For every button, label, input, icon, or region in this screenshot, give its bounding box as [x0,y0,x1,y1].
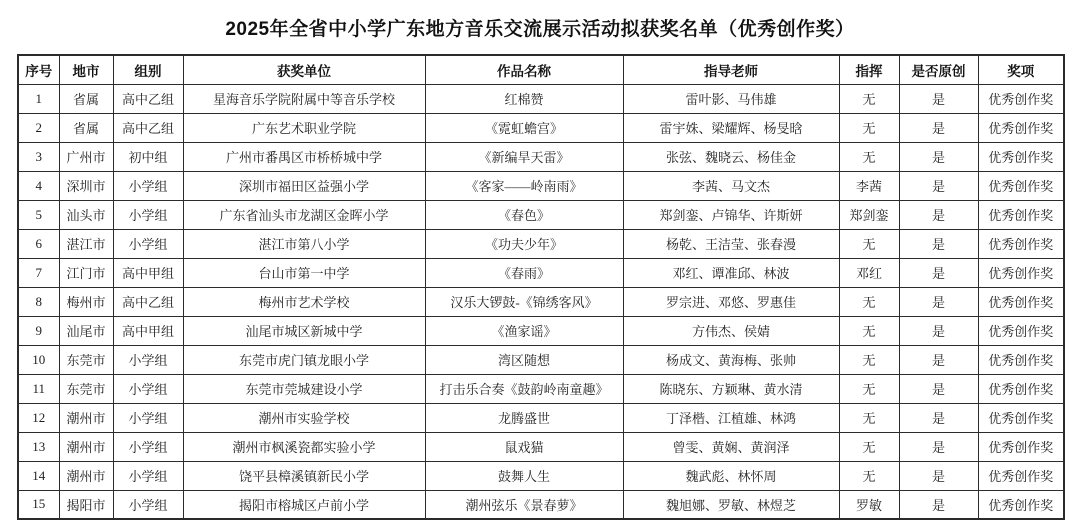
table-cell: 是 [899,374,978,403]
table-cell: 无 [839,432,899,461]
table-cell: 2 [18,113,59,142]
table-cell: 13 [18,432,59,461]
table-cell: 郑剑銮、卢锦华、许斯妍 [623,200,839,229]
table-cell: 魏旭娜、罗敏、林煜芝 [623,490,839,519]
table-cell: 优秀创作奖 [978,316,1064,345]
table-cell: 台山市第一中学 [183,258,425,287]
table-cell: 《功夫少年》 [425,229,623,258]
table-cell: 方伟杰、侯婧 [623,316,839,345]
table-cell: 是 [899,200,978,229]
table-cell: 无 [839,287,899,316]
table-cell: 4 [18,171,59,200]
table-cell: 无 [839,403,899,432]
table-cell: 高中乙组 [113,113,183,142]
table-cell: 汕头市 [59,200,113,229]
table-cell: 东莞市虎门镇龙眼小学 [183,345,425,374]
table-cell: 初中组 [113,142,183,171]
column-header: 作品名称 [425,55,623,84]
column-header: 是否原创 [899,55,978,84]
table-cell: 高中甲组 [113,316,183,345]
table-row: 13潮州市小学组潮州市枫溪瓷都实验小学鼠戏猫曾雯、黄娴、黄润泽无是优秀创作奖 [18,432,1064,461]
table-cell: 优秀创作奖 [978,345,1064,374]
page-title: 2025年全省中小学广东地方音乐交流展示活动拟获奖名单（优秀创作奖） [17,14,1063,41]
table-cell: 《春色》 [425,200,623,229]
table-cell: 《客家——岭南雨》 [425,171,623,200]
table-cell: 15 [18,490,59,519]
table-cell: 小学组 [113,461,183,490]
table-cell: 罗宗进、邓悠、罗惠佳 [623,287,839,316]
table-cell: 湛江市第八小学 [183,229,425,258]
table-cell: 广东艺术职业学院 [183,113,425,142]
table-cell: 东莞市莞城建设小学 [183,374,425,403]
table-cell: 是 [899,258,978,287]
table-cell: 潮州弦乐《景春萝》 [425,490,623,519]
table-row: 15揭阳市小学组揭阳市榕城区卢前小学潮州弦乐《景春萝》魏旭娜、罗敏、林煜芝罗敏是… [18,490,1064,519]
table-cell: 无 [839,142,899,171]
table-cell: 无 [839,374,899,403]
table-cell: 是 [899,432,978,461]
table-cell: 小学组 [113,171,183,200]
table-cell: 小学组 [113,490,183,519]
table-cell: 《春雨》 [425,258,623,287]
table-cell: 汉乐大锣鼓-《锦绣客风》 [425,287,623,316]
table-cell: 汕尾市城区新城中学 [183,316,425,345]
table-cell: 梅州市 [59,287,113,316]
table-cell: 6 [18,229,59,258]
table-cell: 潮州市 [59,403,113,432]
table-cell: 潮州市 [59,461,113,490]
table-cell: 揭阳市 [59,490,113,519]
table-cell: 8 [18,287,59,316]
table-cell: 无 [839,345,899,374]
table-cell: 张弦、魏晓云、杨佳金 [623,142,839,171]
column-header: 获奖单位 [183,55,425,84]
table-cell: 小学组 [113,200,183,229]
table-cell: 潮州市 [59,432,113,461]
table-cell: 广东省汕头市龙湖区金晖小学 [183,200,425,229]
table-cell: 3 [18,142,59,171]
table-cell: 优秀创作奖 [978,113,1064,142]
table-row: 12潮州市小学组潮州市实验学校龙腾盛世丁泽楷、江植雄、林鸿无是优秀创作奖 [18,403,1064,432]
table-cell: 高中甲组 [113,258,183,287]
table-cell: 潮州市实验学校 [183,403,425,432]
table-cell: 揭阳市榕城区卢前小学 [183,490,425,519]
table-cell: 优秀创作奖 [978,258,1064,287]
table-row: 8梅州市高中乙组梅州市艺术学校汉乐大锣鼓-《锦绣客风》罗宗进、邓悠、罗惠佳无是优… [18,287,1064,316]
table-cell: 杨乾、王洁莹、张春漫 [623,229,839,258]
table-cell: 优秀创作奖 [978,229,1064,258]
table-cell: 小学组 [113,432,183,461]
table-cell: 鼠戏猫 [425,432,623,461]
table-row: 5汕头市小学组广东省汕头市龙湖区金晖小学《春色》郑剑銮、卢锦华、许斯妍郑剑銮是优… [18,200,1064,229]
table-cell: 是 [899,171,978,200]
table-cell: 深圳市 [59,171,113,200]
table-cell: 无 [839,113,899,142]
table-cell: 杨成文、黄海梅、张帅 [623,345,839,374]
table-cell: 省属 [59,113,113,142]
table-cell: 小学组 [113,229,183,258]
table-cell: 高中乙组 [113,287,183,316]
column-header: 奖项 [978,55,1064,84]
table-header-row: 序号地市组别获奖单位作品名称指导老师指挥是否原创奖项 [18,55,1064,84]
table-cell: 星海音乐学院附属中等音乐学校 [183,84,425,113]
table-cell: 梅州市艺术学校 [183,287,425,316]
table-cell: 10 [18,345,59,374]
table-cell: 是 [899,142,978,171]
table-cell: 是 [899,113,978,142]
table-cell: 是 [899,490,978,519]
column-header: 序号 [18,55,59,84]
table-cell: 广州市 [59,142,113,171]
document-page: 2025年全省中小学广东地方音乐交流展示活动拟获奖名单（优秀创作奖） 序号地市组… [0,0,1080,524]
table-cell: 无 [839,84,899,113]
table-cell: 无 [839,229,899,258]
table-cell: 李茜、马文杰 [623,171,839,200]
table-row: 6湛江市小学组湛江市第八小学《功夫少年》杨乾、王洁莹、张春漫无是优秀创作奖 [18,229,1064,258]
table-cell: 饶平县樟溪镇新民小学 [183,461,425,490]
table-cell: 优秀创作奖 [978,142,1064,171]
table-cell: 7 [18,258,59,287]
column-header: 地市 [59,55,113,84]
table-cell: 丁泽楷、江植雄、林鸿 [623,403,839,432]
table-cell: 深圳市福田区益强小学 [183,171,425,200]
table-row: 7江门市高中甲组台山市第一中学《春雨》邓红、谭准邱、林波邓红是优秀创作奖 [18,258,1064,287]
table-cell: 优秀创作奖 [978,171,1064,200]
table-row: 9汕尾市高中甲组汕尾市城区新城中学《渔家谣》方伟杰、侯婧无是优秀创作奖 [18,316,1064,345]
table-cell: 1 [18,84,59,113]
table-row: 2省属高中乙组广东艺术职业学院《霓虹蟾宫》雷宇姝、梁耀辉、杨旻晗无是优秀创作奖 [18,113,1064,142]
column-header: 指导老师 [623,55,839,84]
column-header: 指挥 [839,55,899,84]
table-cell: 湛江市 [59,229,113,258]
table-cell: 汕尾市 [59,316,113,345]
table-cell: 是 [899,345,978,374]
table-row: 11东莞市小学组东莞市莞城建设小学打击乐合奏《鼓韵岭南童趣》陈晓东、方颖琳、黄水… [18,374,1064,403]
table-cell: 是 [899,287,978,316]
table-cell: 魏武彪、林怀周 [623,461,839,490]
table-cell: 高中乙组 [113,84,183,113]
award-table: 序号地市组别获奖单位作品名称指导老师指挥是否原创奖项 1省属高中乙组星海音乐学院… [17,54,1065,520]
table-cell: 邓红 [839,258,899,287]
table-cell: 优秀创作奖 [978,374,1064,403]
table-cell: 小学组 [113,403,183,432]
table-cell: 优秀创作奖 [978,432,1064,461]
table-cell: 湾区随想 [425,345,623,374]
table-cell: 陈晓东、方颖琳、黄水清 [623,374,839,403]
table-row: 4深圳市小学组深圳市福田区益强小学《客家——岭南雨》李茜、马文杰李茜是优秀创作奖 [18,171,1064,200]
table-cell: 东莞市 [59,345,113,374]
table-cell: 雷叶影、马伟雄 [623,84,839,113]
column-header: 组别 [113,55,183,84]
table-cell: 小学组 [113,374,183,403]
table-row: 1省属高中乙组星海音乐学院附属中等音乐学校红棉赞雷叶影、马伟雄无是优秀创作奖 [18,84,1064,113]
table-cell: 是 [899,316,978,345]
table-cell: 郑剑銮 [839,200,899,229]
table-body: 1省属高中乙组星海音乐学院附属中等音乐学校红棉赞雷叶影、马伟雄无是优秀创作奖2省… [18,84,1064,519]
table-cell: 东莞市 [59,374,113,403]
table-cell: 鼓舞人生 [425,461,623,490]
table-cell: 潮州市枫溪瓷都实验小学 [183,432,425,461]
table-cell: 优秀创作奖 [978,403,1064,432]
table-cell: 是 [899,403,978,432]
table-row: 10东莞市小学组东莞市虎门镇龙眼小学湾区随想杨成文、黄海梅、张帅无是优秀创作奖 [18,345,1064,374]
table-row: 14潮州市小学组饶平县樟溪镇新民小学鼓舞人生魏武彪、林怀周无是优秀创作奖 [18,461,1064,490]
table-cell: 是 [899,229,978,258]
table-cell: 优秀创作奖 [978,200,1064,229]
table-cell: 优秀创作奖 [978,461,1064,490]
table-cell: 罗敏 [839,490,899,519]
table-cell: 是 [899,84,978,113]
table-cell: 小学组 [113,345,183,374]
table-cell: 江门市 [59,258,113,287]
table-cell: 省属 [59,84,113,113]
table-cell: 5 [18,200,59,229]
table-cell: 9 [18,316,59,345]
table-cell: 《霓虹蟾宫》 [425,113,623,142]
table-cell: 无 [839,316,899,345]
table-cell: 打击乐合奏《鼓韵岭南童趣》 [425,374,623,403]
table-cell: 曾雯、黄娴、黄润泽 [623,432,839,461]
table-cell: 无 [839,461,899,490]
table-cell: 是 [899,461,978,490]
table-cell: 14 [18,461,59,490]
table-cell: 《新编旱天雷》 [425,142,623,171]
table-cell: 雷宇姝、梁耀辉、杨旻晗 [623,113,839,142]
table-cell: 李茜 [839,171,899,200]
table-cell: 优秀创作奖 [978,490,1064,519]
table-cell: 广州市番禺区市桥桥城中学 [183,142,425,171]
table-row: 3广州市初中组广州市番禺区市桥桥城中学《新编旱天雷》张弦、魏晓云、杨佳金无是优秀… [18,142,1064,171]
table-cell: 12 [18,403,59,432]
table-cell: 龙腾盛世 [425,403,623,432]
table-cell: 《渔家谣》 [425,316,623,345]
table-cell: 红棉赞 [425,84,623,113]
table-cell: 邓红、谭准邱、林波 [623,258,839,287]
table-cell: 优秀创作奖 [978,287,1064,316]
table-cell: 11 [18,374,59,403]
table-cell: 优秀创作奖 [978,84,1064,113]
